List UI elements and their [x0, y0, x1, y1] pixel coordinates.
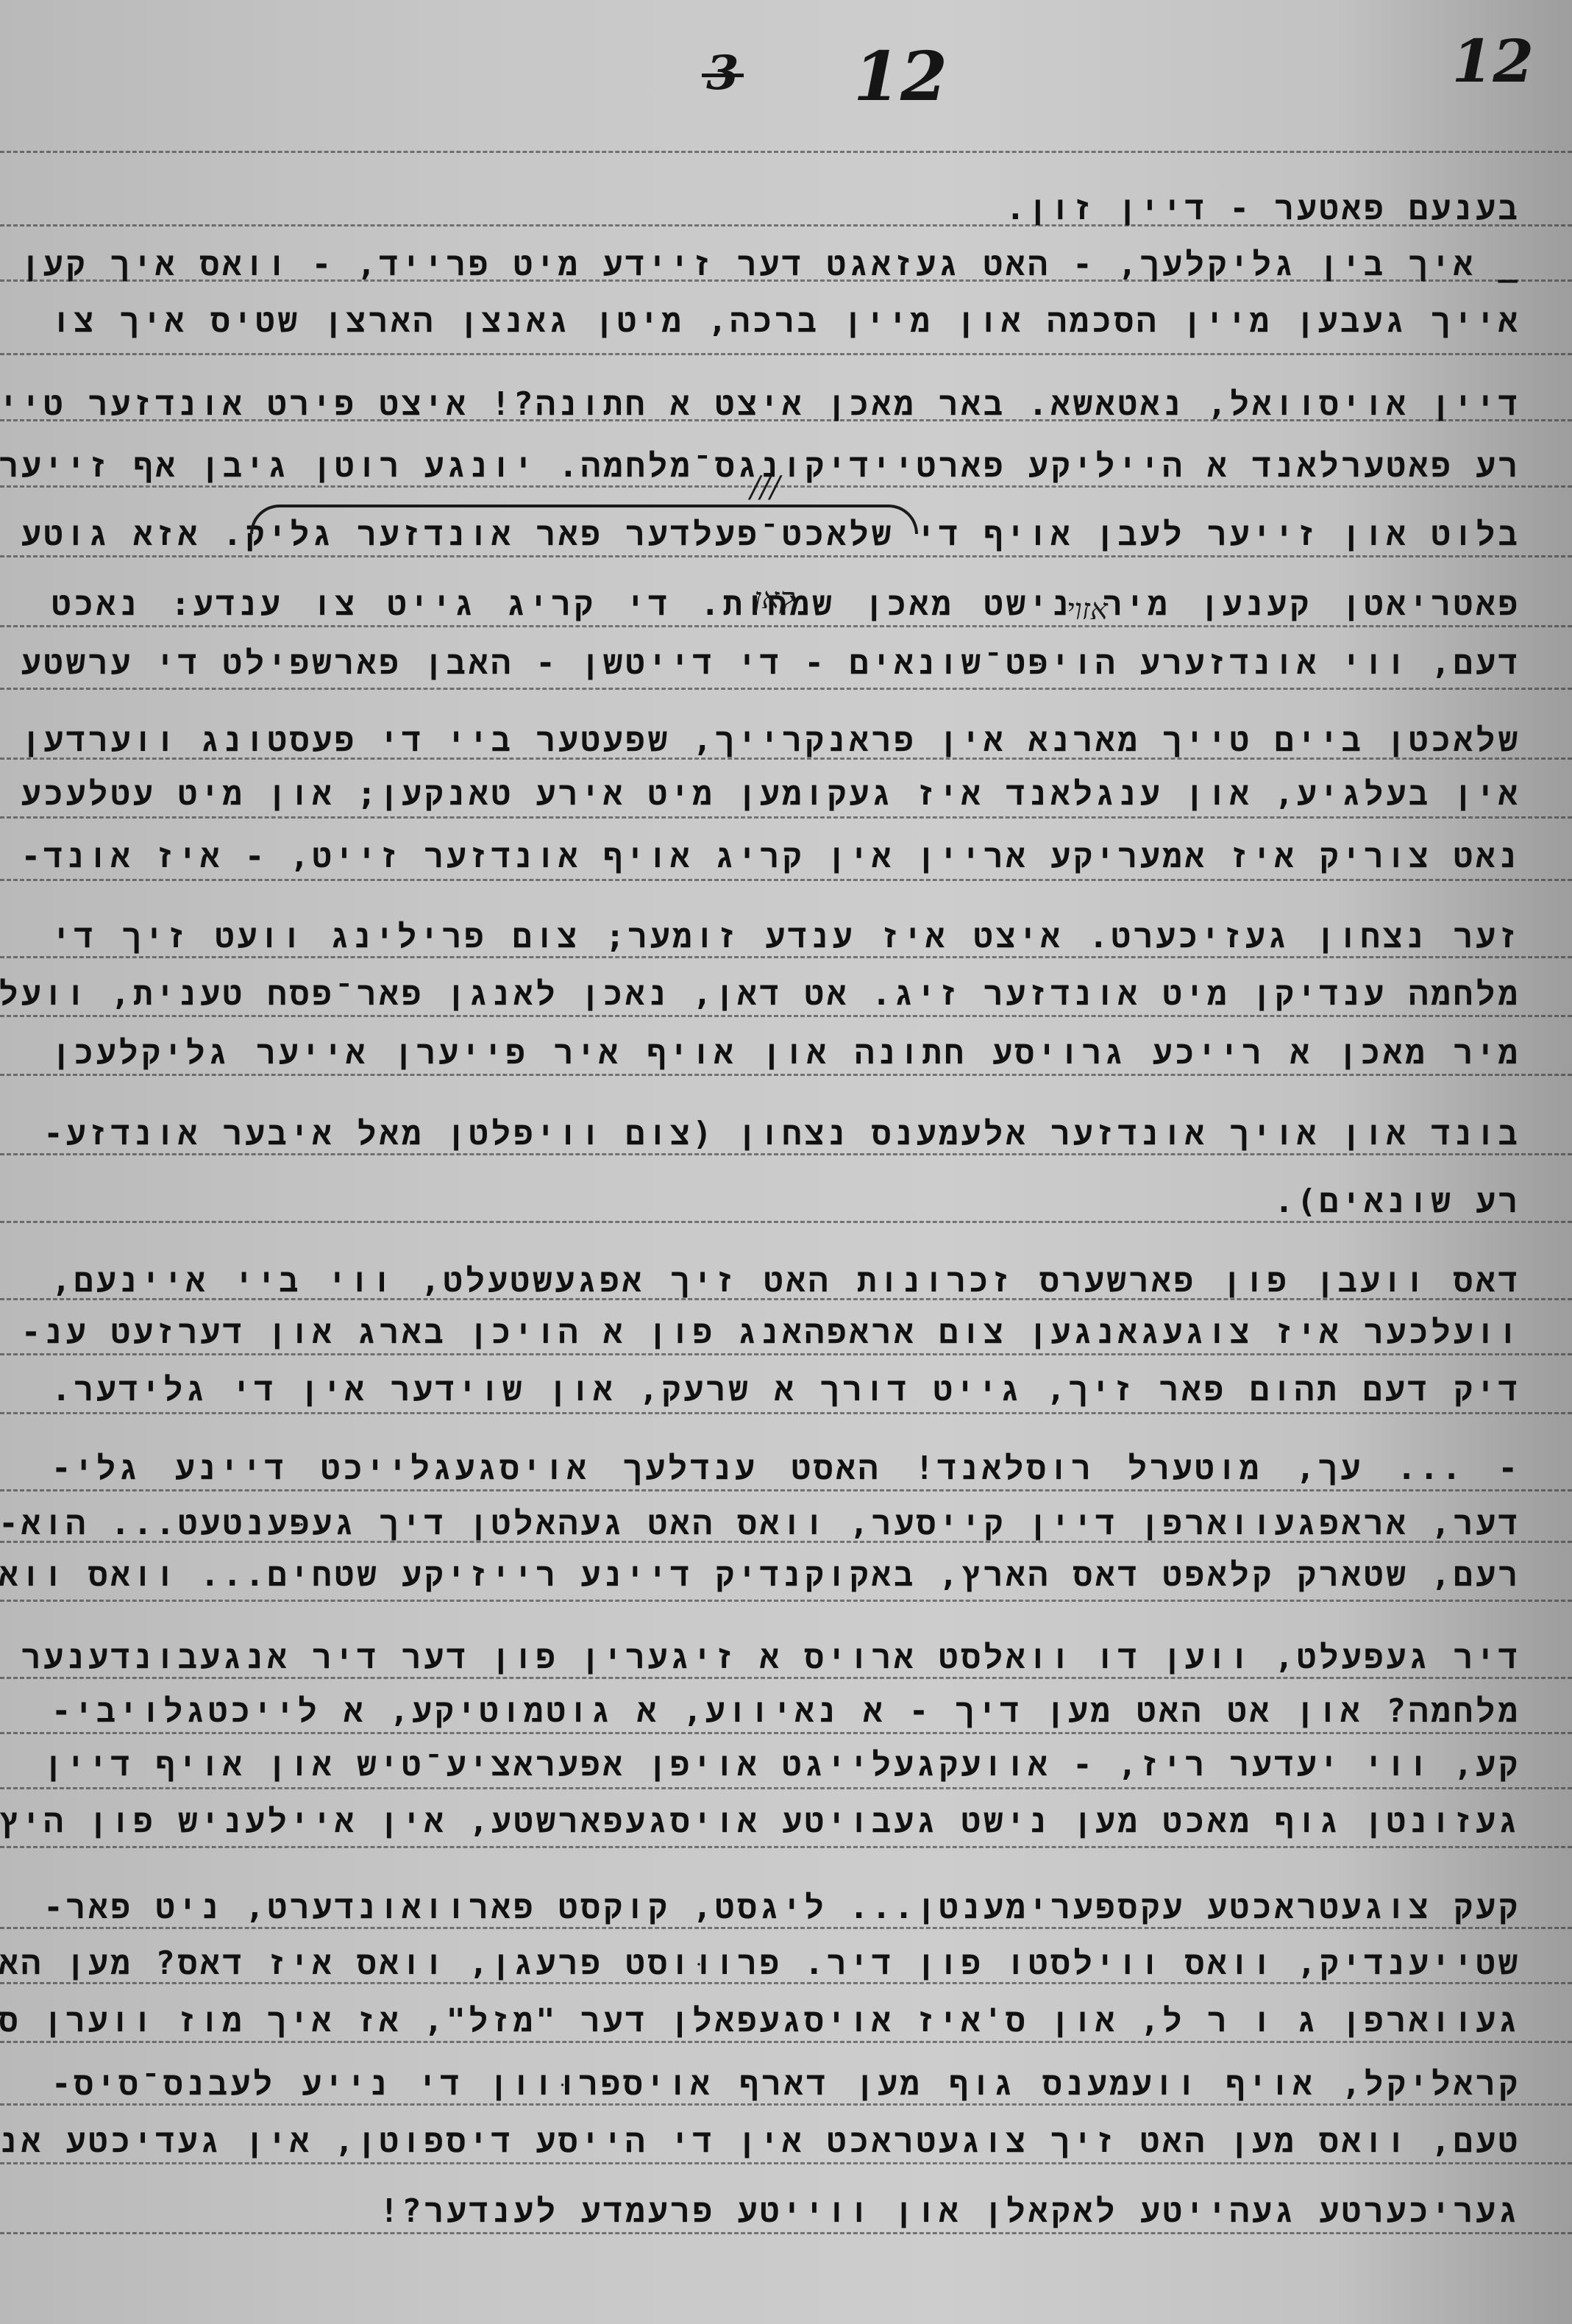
- ruled-guide-line: [0, 1732, 1572, 1734]
- ruled-guide-line: [0, 1846, 1572, 1848]
- typed-line: _ איך בין גליקלעך, - האט געזאגט דער זייד…: [51, 249, 1521, 281]
- typed-line: וועלכער איז צוגעגאנגען צום אראפהאנג פון …: [51, 1316, 1521, 1349]
- typed-line: קעק צוגעטראכטע עקספערימענטן... ליגסט, קו…: [51, 1892, 1521, 1924]
- typed-line: בונד און אויך אונדזער אלעמענס נצחון (צום…: [51, 1118, 1521, 1150]
- ruled-guide-line: [0, 2232, 1572, 2234]
- ruled-guide-line: [0, 1074, 1572, 1076]
- ruled-guide-line: [0, 1412, 1572, 1414]
- ruled-guide-line: [0, 1015, 1572, 1017]
- typed-line: זער נצחון געזיכערט. איצט איז ענדע זומער;…: [51, 921, 1521, 953]
- handwritten-annotation: ///: [750, 471, 780, 505]
- typed-line: נאט צוריק איז אמעריקע אריין אין קריג אוי…: [51, 841, 1521, 873]
- typed-line: מיר מאכן א רייכע גרויסע חתונה און אויף א…: [51, 1037, 1521, 1069]
- typed-line: שטייענדיק, וואס ווילסטו פון דיר. פרווּוס…: [51, 1947, 1521, 1980]
- typed-line: טעם, וואס מען האט זיך צוגעטראכט אין די ה…: [51, 2125, 1521, 2158]
- ruled-guide-line: [0, 1489, 1572, 1491]
- handwritten-insertion-bracket: [250, 505, 918, 534]
- ruled-guide-line: [0, 816, 1572, 819]
- ruled-guide-line: [0, 2103, 1572, 2106]
- struck-folio-number: 3: [706, 46, 739, 101]
- ruled-guide-line: [0, 625, 1572, 627]
- typed-line: מלחמה ענדיקן מיט אונדזער זיג. אט דאן, נא…: [51, 978, 1521, 1010]
- typed-line: אין בעלגיע, און ענגלאנד איז געקומען מיט …: [51, 778, 1521, 810]
- ruled-guide-line: [0, 485, 1572, 488]
- handwritten-annotation: אזוי: [1067, 592, 1108, 627]
- typed-line: שלאכטן ביים טייך מארנא אין פראנקרייך, שפ…: [51, 724, 1521, 757]
- ruled-guide-line: [0, 1927, 1572, 1929]
- ruled-guide-line: [0, 1982, 1572, 1984]
- ruled-guide-line: [0, 151, 1572, 153]
- typed-line: אייך געבען מיין הסכמה און מיין ברכה, מיט…: [51, 305, 1521, 338]
- ruled-guide-line: [0, 1677, 1572, 1679]
- typed-line: דאס וועבן פון פארשערס זכרונות האט זיך אפ…: [51, 1265, 1521, 1297]
- handwritten-annotation: קאן: [754, 581, 795, 616]
- typed-line: - ... עך, מוטערל רוסלאנד! האסט ענדלעך או…: [51, 1452, 1521, 1485]
- ruled-guide-line: [0, 1787, 1572, 1789]
- typed-line: קע, ווי יעדער ריז, - אוועקגעלייגט אויפן …: [51, 1749, 1521, 1781]
- typed-line: דיין אויסוואל, נאטאשא. באר מאכן איצט א ח…: [51, 388, 1521, 421]
- ruled-guide-line: [0, 1353, 1572, 1355]
- typed-line: בענעם פאטער - דיין זון.: [1006, 193, 1521, 225]
- ruled-guide-line: [0, 1221, 1572, 1223]
- typed-line: געזונטן גוף מאכט מען נישט געבויטע אויסגע…: [51, 1806, 1521, 1838]
- typed-line: רעם, שטארק קלאפט דאס הארץ, באקוקנדיק דיי…: [51, 1559, 1521, 1591]
- ruled-guide-line: [0, 1153, 1572, 1155]
- typed-line: געווארפן ג ו ר ל, און ס'איז אויסגעפאלן ד…: [51, 2005, 1521, 2037]
- folio-number: 12: [853, 37, 947, 116]
- ruled-guide-line: [0, 956, 1572, 958]
- ruled-guide-line: [0, 353, 1572, 355]
- typed-line: קראליקל, אויף וועמענס גוף מען דארף אויספ…: [51, 2068, 1521, 2100]
- ruled-guide-line: [0, 1600, 1572, 1602]
- typed-line: דער, אראפגעווארפן דיין קייסער, וואס האט …: [51, 1508, 1521, 1540]
- typed-line: דעם, ווי אונדזערע הויפּט־שונאים - די דיי…: [51, 647, 1521, 680]
- corner-page-number: 12: [1452, 26, 1534, 96]
- ruled-guide-line: [0, 555, 1572, 557]
- ruled-guide-line: [0, 879, 1572, 881]
- typed-line: דיר געפעלט, ווען דו וואלסט ארויס א זיגער…: [51, 1642, 1521, 1674]
- typed-line: מלחמה? און אט האט מען דיך - א נאיווע, א …: [51, 1695, 1521, 1728]
- ruled-guide-line: [0, 2162, 1572, 2164]
- typed-line: געריכערטע געהייטע לאקאלן און ווייטע פרעמ…: [380, 2195, 1521, 2228]
- ruled-guide-line: [0, 688, 1572, 690]
- document-page: 3 12 12 בענעם פאטער - דיין זון._ איך בין…: [0, 0, 1572, 2324]
- typed-line: דיק דעם תהום פאר זיך, גייט דורך א שרעק, …: [51, 1374, 1521, 1406]
- typed-line: רע שונאים).: [1274, 1186, 1521, 1218]
- typed-line: רע פאטערלאנד א הייליקע פארטיידיקונגס־מלח…: [51, 450, 1521, 482]
- ruled-guide-line: [0, 2041, 1572, 2043]
